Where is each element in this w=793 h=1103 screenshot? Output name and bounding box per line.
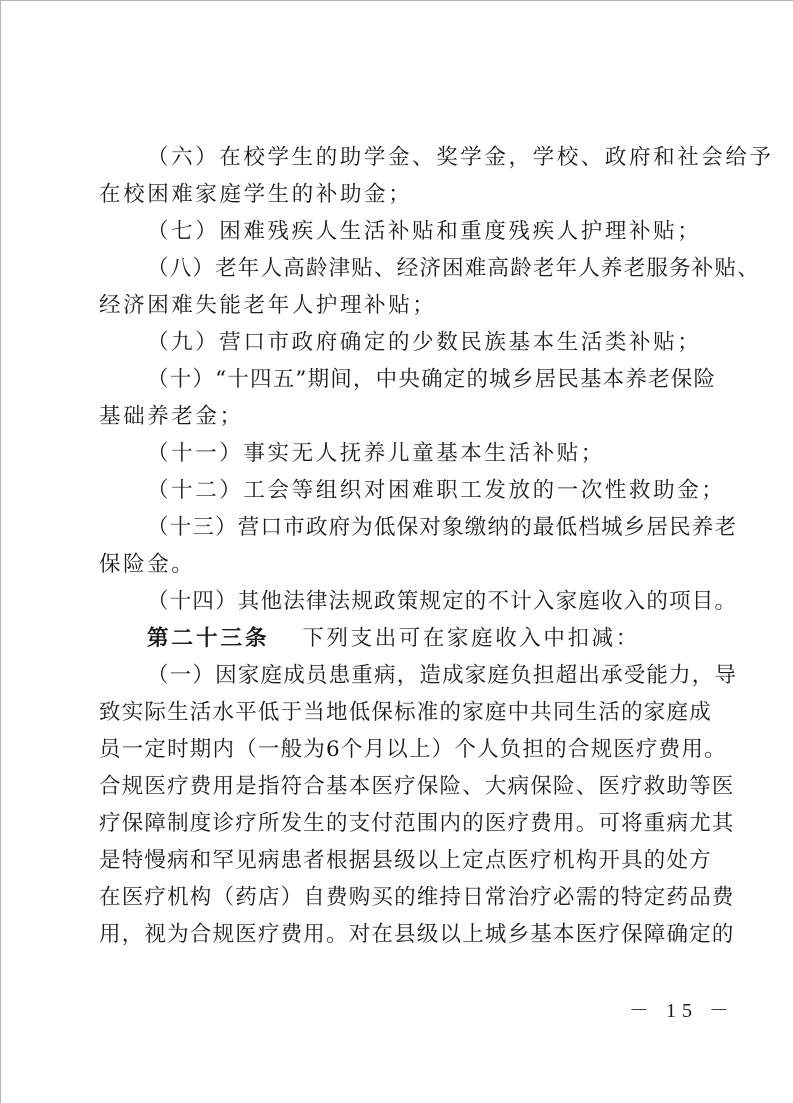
item-13-line-2: 保险金。 <box>99 552 709 578</box>
article-23-intro: 第二十三条 下列支出可在家庭收入中扣减： <box>147 626 707 652</box>
deduction-1-line-4: 合规医疗费用是指符合基本医疗保险、大病保险、医疗救助等医 <box>99 774 709 800</box>
item-6-line-2: 在校困难家庭学生的补助金； <box>99 182 709 208</box>
item-10-line-1: （十）“十四五”期间，中央确定的城乡居民基本养老保险 <box>147 367 707 393</box>
deduction-1-line-2: 致实际生活水平低于当地低保标准的家庭中共同生活的家庭成 <box>99 700 709 726</box>
deduction-1-line-1: （一）因家庭成员患重病，造成家庭负担超出承受能力，导 <box>147 663 707 689</box>
item-11: （十一）事实无人抚养儿童基本生活补贴； <box>147 441 707 467</box>
deduction-1-line-7: 在医疗机构（药店）自费购买的维持日常治疗必需的特定药品费 <box>99 885 709 911</box>
item-13-line-1: （十三）营口市政府为低保对象缴纳的最低档城乡居民养老 <box>147 515 707 541</box>
item-6-line-1: （六）在校学生的助学金、奖学金，学校、政府和社会给予 <box>147 145 707 171</box>
deduction-1-line-8: 用，视为合规医疗费用。对在县级以上城乡基本医疗保障确定的 <box>99 922 709 948</box>
deduction-1-line-6: 是特慢病和罕见病患者根据县级以上定点医疗机构开具的处方 <box>99 848 709 874</box>
article-23-text: 下列支出可在家庭收入中扣减： <box>302 626 639 651</box>
deduction-1-line-3: 员一定时期内（一般为6个月以上）个人负担的合规医疗费用。 <box>99 737 709 763</box>
deduction-1-line-5: 疗保障制度诊疗所发生的支付范围内的医疗费用。可将重病尤其 <box>99 811 709 837</box>
item-12: （十二）工会等组织对困难职工发放的一次性救助金； <box>147 478 707 504</box>
item-8-line-1: （八）老年人高龄津贴、经济困难高龄老年人养老服务补贴、 <box>147 256 707 282</box>
article-heading: 第二十三条 <box>147 626 270 651</box>
document-page: （六）在校学生的助学金、奖学金，学校、政府和社会给予 在校困难家庭学生的补助金；… <box>0 0 793 1103</box>
page-number: － 15 － <box>629 994 735 1023</box>
item-10-line-2: 基础养老金； <box>99 404 709 430</box>
item-9: （九）营口市政府确定的少数民族基本生活类补贴； <box>147 330 707 356</box>
item-14: （十四）其他法律法规政策规定的不计入家庭收入的项目。 <box>147 589 707 615</box>
item-7: （七）困难残疾人生活补贴和重度残疾人护理补贴； <box>147 219 707 245</box>
item-8-line-2: 经济困难失能老年人护理补贴； <box>99 293 709 319</box>
